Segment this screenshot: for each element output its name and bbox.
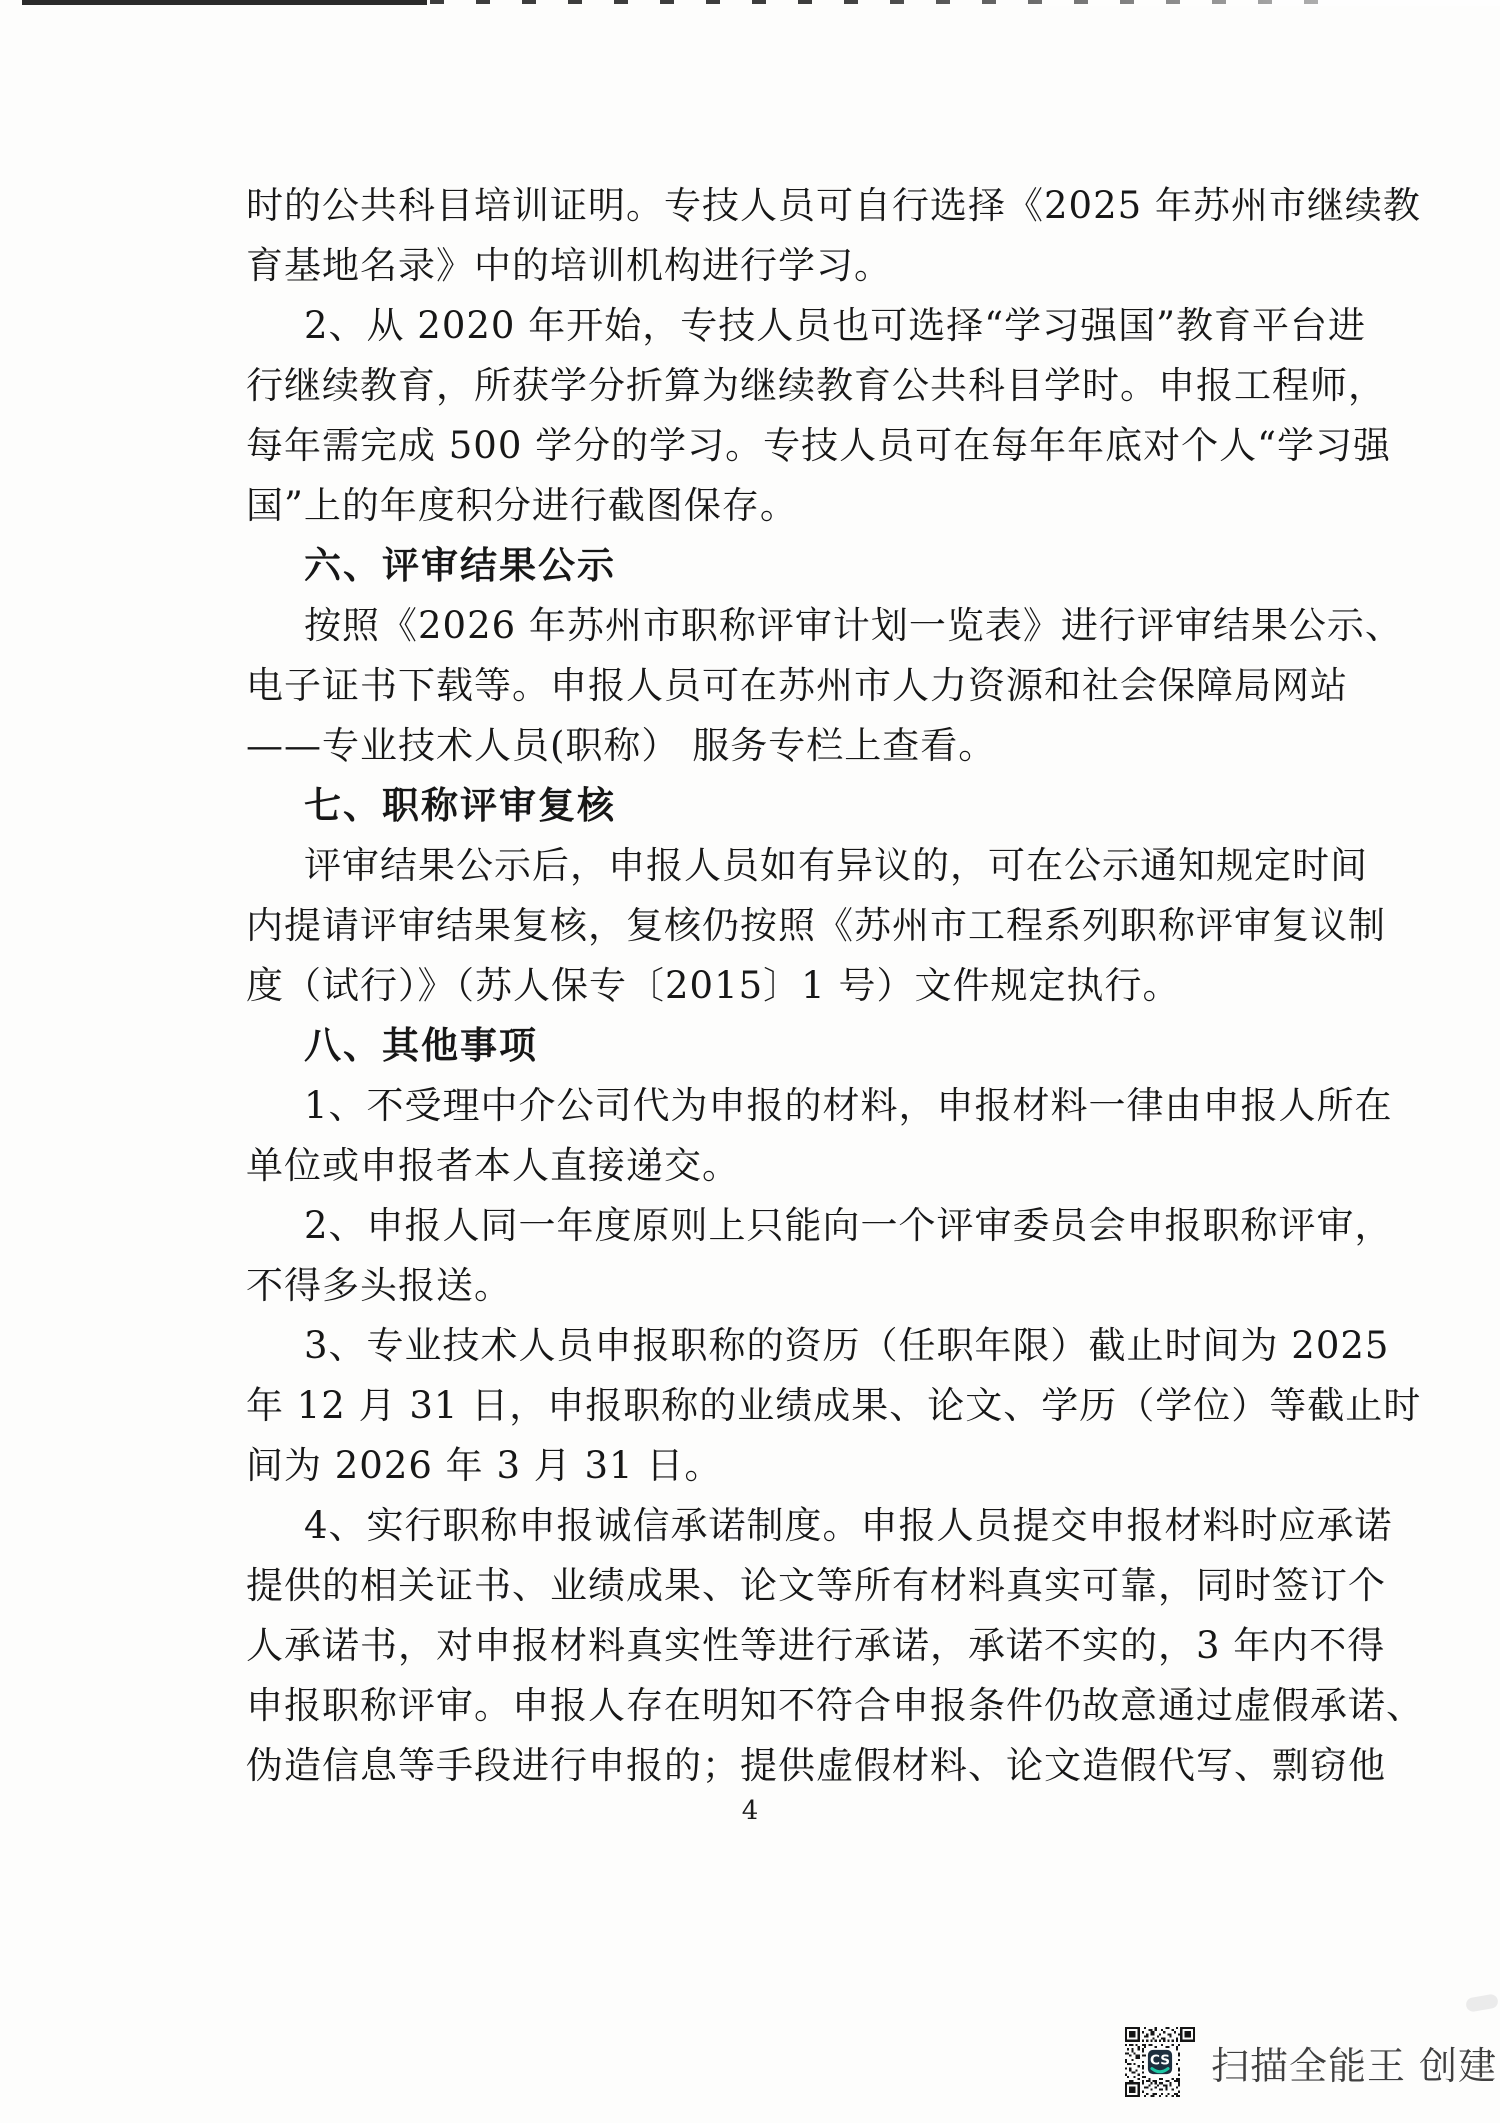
doc-line: 单位或申报者本人直接递交。 [246,1136,1278,1196]
scanned-document-page: 时的公共科目培训证明。专技人员可自行选择《2025 年苏州市继续教 育基地名录》… [0,0,1500,2123]
doc-line: 行继续教育，所获学分折算为继续教育公共科目学时。申报工程师， [246,356,1278,416]
doc-line: 2、从 2020 年开始，专技人员也可选择“学习强国”教育平台进 [246,296,1278,356]
doc-line: 提供的相关证书、业绩成果、论文等所有材料真实可靠，同时签订个 [246,1556,1278,1616]
qr-code-icon: CS [1125,2027,1195,2097]
doc-line: 1、不受理中介公司代为申报的材料，申报材料一律由申报人所在 [246,1076,1278,1136]
page-number: 4 [0,1796,1500,1826]
scan-edge-artifact [0,0,1500,6]
camscanner-logo-text: CS [1150,2052,1170,2068]
camscanner-watermark: CS 扫描全能王 创建 [1125,2026,1497,2098]
camscanner-cs-badge: CS [1146,2048,1174,2076]
doc-line: 不得多头报送。 [246,1256,1278,1316]
doc-line: 申报职称评审。申报人存在明知不符合申报条件仍故意通过虚假承诺、 [246,1676,1278,1736]
doc-line: ——专业技术人员(职称） 服务专栏上查看。 [246,716,1278,776]
doc-line: 国”上的年度积分进行截图保存。 [246,476,1278,536]
section-heading: 七、职称评审复核 [246,776,1278,836]
document-body: 时的公共科目培训证明。专技人员可自行选择《2025 年苏州市继续教 育基地名录》… [246,176,1278,1796]
scan-smudge [1465,1993,1499,2012]
doc-line: 4、实行职称申报诚信承诺制度。申报人员提交申报材料时应承诺 [246,1496,1278,1556]
doc-line: 年 12 月 31 日，申报职称的业绩成果、论文、学历（学位）等截止时 [246,1376,1278,1436]
doc-line: 评审结果公示后，申报人员如有异议的，可在公示通知规定时间 [246,836,1278,896]
doc-line: 3、专业技术人员申报职称的资历（任职年限）截止时间为 2025 [246,1316,1278,1376]
doc-line: 时的公共科目培训证明。专技人员可自行选择《2025 年苏州市继续教 [246,176,1278,236]
doc-line: 按照《2026 年苏州市职称评审计划一览表》进行评审结果公示、 [246,596,1278,656]
section-heading: 八、其他事项 [246,1016,1278,1076]
doc-line: 育基地名录》中的培训机构进行学习。 [246,236,1278,296]
watermark-label: 扫描全能王 创建 [1211,2035,1497,2090]
doc-line: 电子证书下载等。申报人员可在苏州市人力资源和社会保障局网站 [246,656,1278,716]
doc-line: 内提请评审结果复核，复核仍按照《苏州市工程系列职称评审复议制 [246,896,1278,956]
doc-line: 度（试行）》（苏人保专〔2015〕1 号）文件规定执行。 [246,956,1278,1016]
doc-line: 间为 2026 年 3 月 31 日。 [246,1436,1278,1496]
section-heading: 六、评审结果公示 [246,536,1278,596]
doc-line: 每年需完成 500 学分的学习。专技人员可在每年年底对个人“学习强 [246,416,1278,476]
doc-line: 伪造信息等手段进行申报的；提供虚假材料、论文造假代写、剽窃他 [246,1736,1278,1796]
doc-line: 人承诺书，对申报材料真实性等进行承诺，承诺不实的，3 年内不得 [246,1616,1278,1676]
doc-line: 2、申报人同一年度原则上只能向一个评审委员会申报职称评审， [246,1196,1278,1256]
